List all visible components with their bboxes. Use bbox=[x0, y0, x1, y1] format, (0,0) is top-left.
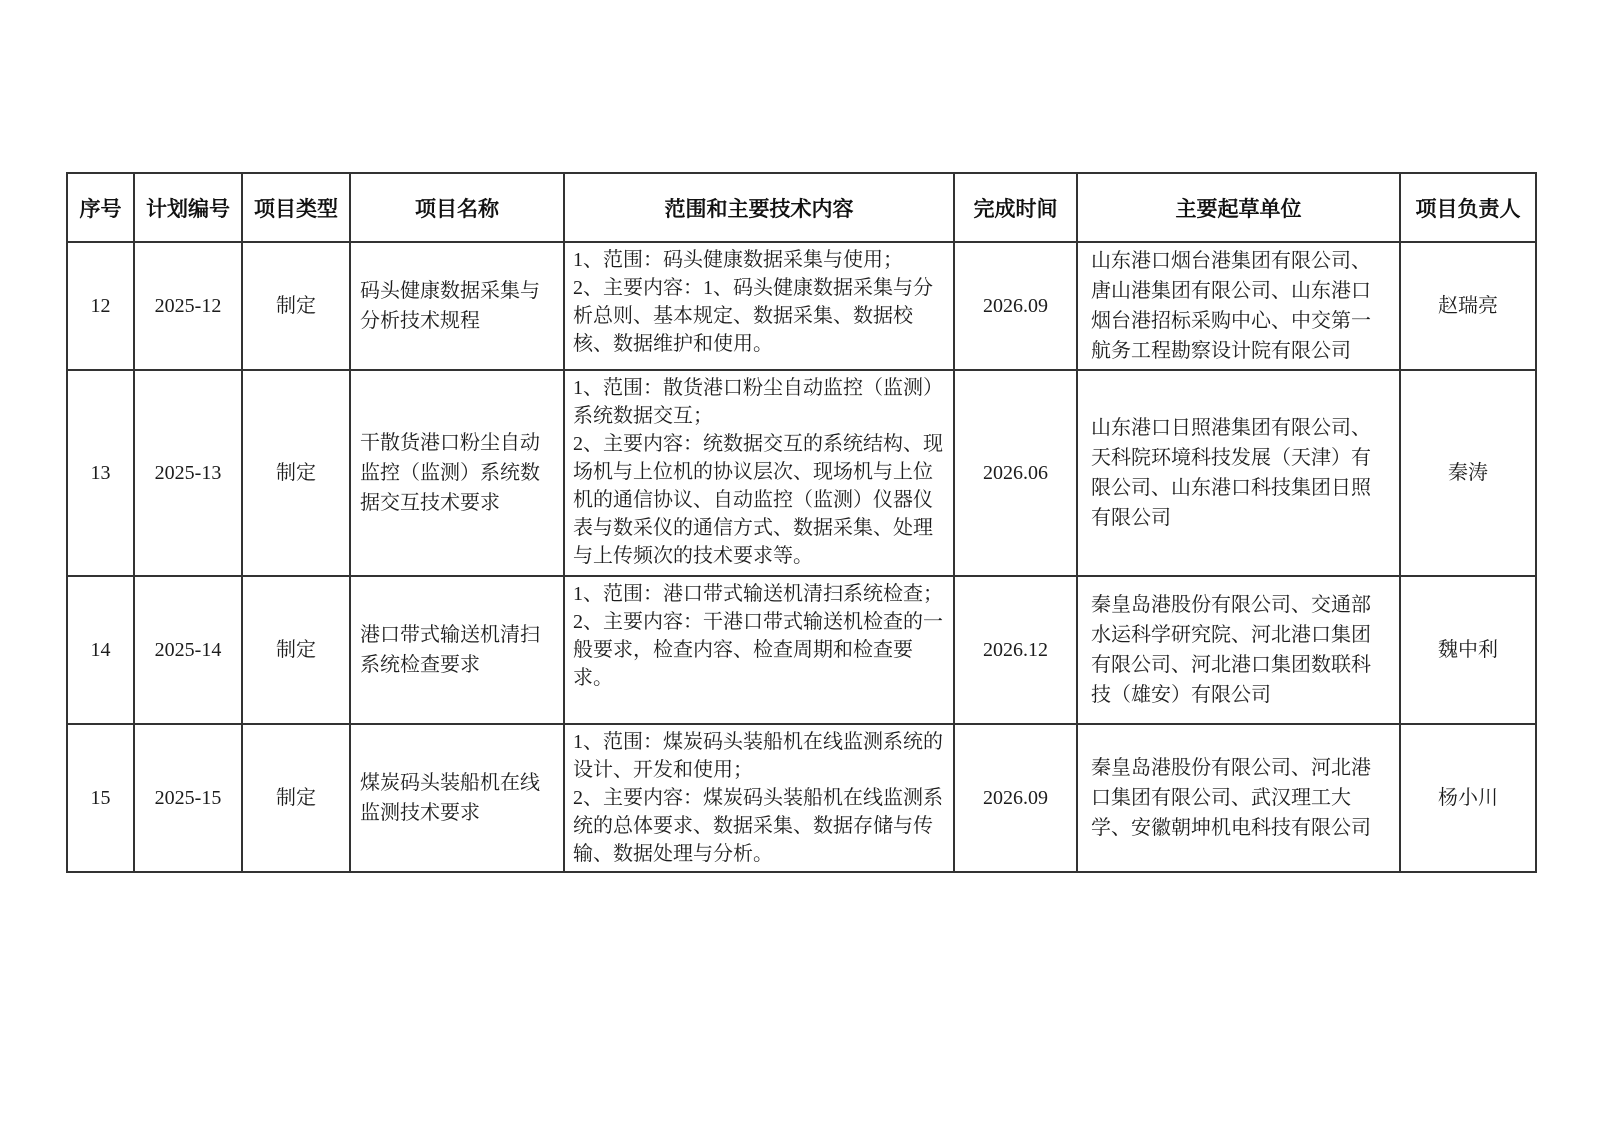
cell-seq: 15 bbox=[67, 724, 134, 872]
cell-drafting-units: 山东港口日照港集团有限公司、天科院环境科技发展（天津）有限公司、山东港口科技集团… bbox=[1077, 370, 1400, 576]
document-page: 序号 计划编号 项目类型 项目名称 范围和主要技术内容 完成时间 主要起草单位 … bbox=[0, 0, 1600, 1131]
cell-seq: 14 bbox=[67, 576, 134, 724]
cell-drafting-units: 山东港口烟台港集团有限公司、唐山港集团有限公司、山东港口烟台港招标采购中心、中交… bbox=[1077, 242, 1400, 370]
cell-finish-time: 2026.06 bbox=[954, 370, 1077, 576]
col-header-seq: 序号 bbox=[67, 173, 134, 242]
cell-project-name: 干散货港口粉尘自动监控（监测）系统数据交互技术要求 bbox=[350, 370, 564, 576]
table-header-row: 序号 计划编号 项目类型 项目名称 范围和主要技术内容 完成时间 主要起草单位 … bbox=[67, 173, 1536, 242]
cell-type: 制定 bbox=[242, 370, 350, 576]
cell-drafting-units: 秦皇岛港股份有限公司、交通部水运科学研究院、河北港口集团有限公司、河北港口集团数… bbox=[1077, 576, 1400, 724]
cell-scope: 1、范围：散货港口粉尘自动监控（监测）系统数据交互； 2、主要内容：统数据交互的… bbox=[564, 370, 954, 576]
cell-finish-time: 2026.09 bbox=[954, 242, 1077, 370]
cell-project-name: 煤炭码头装船机在线监测技术要求 bbox=[350, 724, 564, 872]
col-header-type: 项目类型 bbox=[242, 173, 350, 242]
scope-line: 2、主要内容：1、码头健康数据采集与分析总则、基本规定、数据采集、数据校核、数据… bbox=[573, 274, 945, 358]
table-row: 12 2025-12 制定 码头健康数据采集与分析技术规程 1、范围：码头健康数… bbox=[67, 242, 1536, 370]
cell-scope: 1、范围：煤炭码头装船机在线监测系统的设计、开发和使用； 2、主要内容：煤炭码头… bbox=[564, 724, 954, 872]
cell-drafting-units: 秦皇岛港股份有限公司、河北港口集团有限公司、武汉理工大学、安徽朝坤机电科技有限公… bbox=[1077, 724, 1400, 872]
cell-finish-time: 2026.12 bbox=[954, 576, 1077, 724]
scope-line: 1、范围：散货港口粉尘自动监控（监测）系统数据交互； bbox=[573, 374, 945, 430]
col-header-drafting-units: 主要起草单位 bbox=[1077, 173, 1400, 242]
scope-line: 2、主要内容：干港口带式输送机检查的一般要求，检查内容、检查周期和检查要求。 bbox=[573, 608, 945, 692]
table-row: 15 2025-15 制定 煤炭码头装船机在线监测技术要求 1、范围：煤炭码头装… bbox=[67, 724, 1536, 872]
cell-scope: 1、范围：码头健康数据采集与使用； 2、主要内容：1、码头健康数据采集与分析总则… bbox=[564, 242, 954, 370]
cell-finish-time: 2026.09 bbox=[954, 724, 1077, 872]
cell-leader: 杨小川 bbox=[1400, 724, 1536, 872]
cell-type: 制定 bbox=[242, 724, 350, 872]
cell-seq: 13 bbox=[67, 370, 134, 576]
scope-line: 1、范围：煤炭码头装船机在线监测系统的设计、开发和使用； bbox=[573, 728, 945, 784]
table-row: 14 2025-14 制定 港口带式输送机清扫系统检查要求 1、范围：港口带式输… bbox=[67, 576, 1536, 724]
col-header-finish-time: 完成时间 bbox=[954, 173, 1077, 242]
cell-plan-no: 2025-15 bbox=[134, 724, 242, 872]
col-header-scope: 范围和主要技术内容 bbox=[564, 173, 954, 242]
cell-type: 制定 bbox=[242, 576, 350, 724]
table-row: 13 2025-13 制定 干散货港口粉尘自动监控（监测）系统数据交互技术要求 … bbox=[67, 370, 1536, 576]
cell-plan-no: 2025-13 bbox=[134, 370, 242, 576]
cell-leader: 秦涛 bbox=[1400, 370, 1536, 576]
col-header-leader: 项目负责人 bbox=[1400, 173, 1536, 242]
standards-plan-table: 序号 计划编号 项目类型 项目名称 范围和主要技术内容 完成时间 主要起草单位 … bbox=[66, 172, 1537, 873]
scope-line: 1、范围：港口带式输送机清扫系统检查； bbox=[573, 580, 945, 608]
cell-type: 制定 bbox=[242, 242, 350, 370]
col-header-plan-no: 计划编号 bbox=[134, 173, 242, 242]
scope-line: 2、主要内容：统数据交互的系统结构、现场机与上位机的协议层次、现场机与上位机的通… bbox=[573, 430, 945, 570]
cell-plan-no: 2025-14 bbox=[134, 576, 242, 724]
cell-seq: 12 bbox=[67, 242, 134, 370]
cell-leader: 赵瑞亮 bbox=[1400, 242, 1536, 370]
scope-line: 1、范围：码头健康数据采集与使用； bbox=[573, 246, 945, 274]
cell-scope: 1、范围：港口带式输送机清扫系统检查； 2、主要内容：干港口带式输送机检查的一般… bbox=[564, 576, 954, 724]
cell-leader: 魏中利 bbox=[1400, 576, 1536, 724]
col-header-name: 项目名称 bbox=[350, 173, 564, 242]
cell-plan-no: 2025-12 bbox=[134, 242, 242, 370]
cell-project-name: 港口带式输送机清扫系统检查要求 bbox=[350, 576, 564, 724]
scope-line: 2、主要内容：煤炭码头装船机在线监测系统的总体要求、数据采集、数据存储与传输、数… bbox=[573, 784, 945, 868]
cell-project-name: 码头健康数据采集与分析技术规程 bbox=[350, 242, 564, 370]
